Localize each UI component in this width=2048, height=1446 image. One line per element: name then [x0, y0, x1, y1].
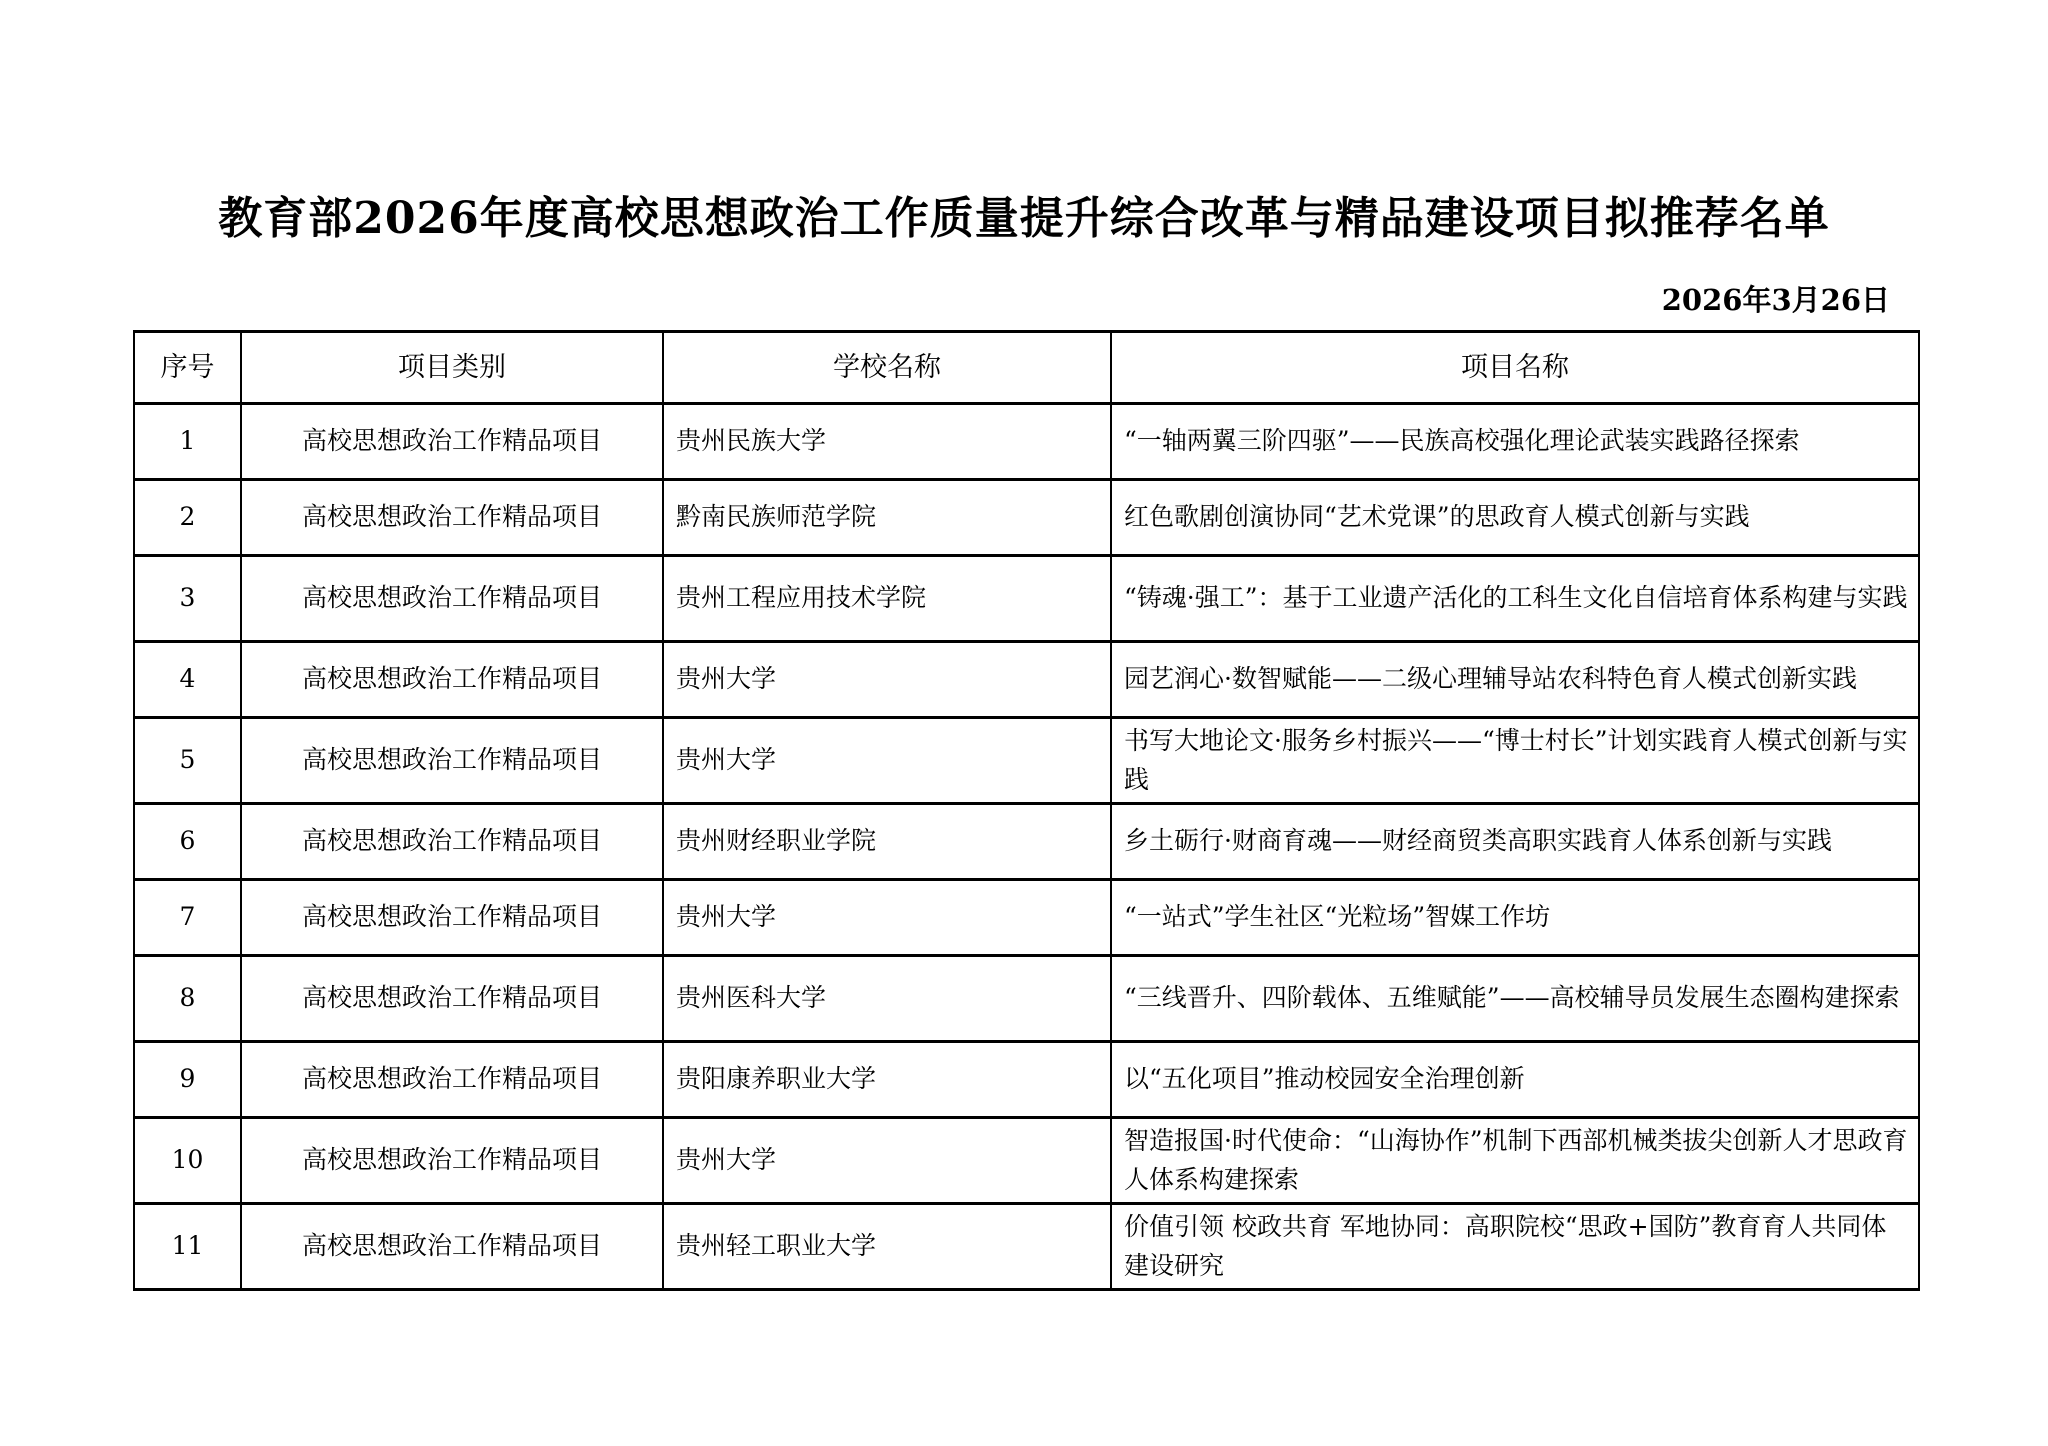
header-cell-project: 项目名称 — [1111, 332, 1919, 404]
cell-school: 贵州工程应用技术学院 — [663, 556, 1111, 642]
cell-project: 乡土砺行·财商育魂——财经商贸类高职实践育人体系创新与实践 — [1111, 804, 1919, 880]
cell-school: 贵州大学 — [663, 880, 1111, 956]
page-title: 教育部2026年度高校思想政治工作质量提升综合改革与精品建设项目拟推荐名单 — [0, 182, 2048, 246]
cell-category: 高校思想政治工作精品项目 — [241, 804, 663, 880]
table-row: 5 高校思想政治工作精品项目 贵州大学 书写大地论文·服务乡村振兴——“博士村长… — [134, 718, 1919, 804]
cell-school: 贵州民族大学 — [663, 404, 1111, 480]
table-row: 8 高校思想政治工作精品项目 贵州医科大学 “三线晋升、四阶载体、五维赋能”——… — [134, 956, 1919, 1042]
cell-no: 6 — [134, 804, 241, 880]
cell-no: 7 — [134, 880, 241, 956]
table-row: 11 高校思想政治工作精品项目 贵州轻工职业大学 价值引领 校政共育 军地协同：… — [134, 1204, 1919, 1290]
cell-school: 贵州大学 — [663, 718, 1111, 804]
projects-table: 序号 项目类别 学校名称 项目名称 1 高校思想政治工作精品项目 贵州民族大学 … — [133, 330, 1920, 1291]
cell-no: 10 — [134, 1118, 241, 1204]
cell-school: 贵阳康养职业大学 — [663, 1042, 1111, 1118]
table-row: 2 高校思想政治工作精品项目 黔南民族师范学院 红色歌剧创演协同“艺术党课”的思… — [134, 480, 1919, 556]
cell-no: 2 — [134, 480, 241, 556]
cell-project: 园艺润心·数智赋能——二级心理辅导站农科特色育人模式创新实践 — [1111, 642, 1919, 718]
cell-category: 高校思想政治工作精品项目 — [241, 642, 663, 718]
header-cell-school: 学校名称 — [663, 332, 1111, 404]
cell-category: 高校思想政治工作精品项目 — [241, 480, 663, 556]
table-row: 10 高校思想政治工作精品项目 贵州大学 智造报国·时代使命：“山海协作”机制下… — [134, 1118, 1919, 1204]
cell-project: 书写大地论文·服务乡村振兴——“博士村长”计划实践育人模式创新与实践 — [1111, 718, 1919, 804]
cell-no: 3 — [134, 556, 241, 642]
cell-project: “三线晋升、四阶载体、五维赋能”——高校辅导员发展生态圈构建探索 — [1111, 956, 1919, 1042]
table-row: 3 高校思想政治工作精品项目 贵州工程应用技术学院 “铸魂·强工”：基于工业遗产… — [134, 556, 1919, 642]
cell-category: 高校思想政治工作精品项目 — [241, 718, 663, 804]
cell-project: “一轴两翼三阶四驱”——民族高校强化理论武装实践路径探索 — [1111, 404, 1919, 480]
cell-category: 高校思想政治工作精品项目 — [241, 1042, 663, 1118]
cell-project: 智造报国·时代使命：“山海协作”机制下西部机械类拔尖创新人才思政育人体系构建探索 — [1111, 1118, 1919, 1204]
cell-school: 黔南民族师范学院 — [663, 480, 1111, 556]
table-row: 1 高校思想政治工作精品项目 贵州民族大学 “一轴两翼三阶四驱”——民族高校强化… — [134, 404, 1919, 480]
cell-project: 红色歌剧创演协同“艺术党课”的思政育人模式创新与实践 — [1111, 480, 1919, 556]
table-row: 7 高校思想政治工作精品项目 贵州大学 “一站式”学生社区“光粒场”智媒工作坊 — [134, 880, 1919, 956]
cell-school: 贵州医科大学 — [663, 956, 1111, 1042]
cell-no: 8 — [134, 956, 241, 1042]
cell-category: 高校思想政治工作精品项目 — [241, 1204, 663, 1290]
cell-project: “一站式”学生社区“光粒场”智媒工作坊 — [1111, 880, 1919, 956]
cell-category: 高校思想政治工作精品项目 — [241, 1118, 663, 1204]
table-row: 9 高校思想政治工作精品项目 贵阳康养职业大学 以“五化项目”推动校园安全治理创… — [134, 1042, 1919, 1118]
document-page: { "doc": { "title": "教育部2026年度高校思想政治工作质量… — [0, 0, 2048, 1446]
cell-no: 4 — [134, 642, 241, 718]
header-cell-no: 序号 — [134, 332, 241, 404]
table-row: 6 高校思想政治工作精品项目 贵州财经职业学院 乡土砺行·财商育魂——财经商贸类… — [134, 804, 1919, 880]
cell-school: 贵州轻工职业大学 — [663, 1204, 1111, 1290]
table-header-row: 序号 项目类别 学校名称 项目名称 — [134, 332, 1919, 404]
cell-category: 高校思想政治工作精品项目 — [241, 880, 663, 956]
cell-category: 高校思想政治工作精品项目 — [241, 956, 663, 1042]
header-cell-category: 项目类别 — [241, 332, 663, 404]
cell-no: 9 — [134, 1042, 241, 1118]
table-row: 4 高校思想政治工作精品项目 贵州大学 园艺润心·数智赋能——二级心理辅导站农科… — [134, 642, 1919, 718]
cell-school: 贵州大学 — [663, 642, 1111, 718]
cell-no: 11 — [134, 1204, 241, 1290]
cell-no: 1 — [134, 404, 241, 480]
cell-school: 贵州财经职业学院 — [663, 804, 1111, 880]
cell-project: 价值引领 校政共育 军地协同：高职院校“思政+国防”教育育人共同体建设研究 — [1111, 1204, 1919, 1290]
cell-no: 5 — [134, 718, 241, 804]
cell-project: 以“五化项目”推动校园安全治理创新 — [1111, 1042, 1919, 1118]
cell-school: 贵州大学 — [663, 1118, 1111, 1204]
document-date: 2026年3月26日 — [1662, 278, 1890, 319]
cell-category: 高校思想政治工作精品项目 — [241, 556, 663, 642]
cell-category: 高校思想政治工作精品项目 — [241, 404, 663, 480]
cell-project: “铸魂·强工”：基于工业遗产活化的工科生文化自信培育体系构建与实践 — [1111, 556, 1919, 642]
